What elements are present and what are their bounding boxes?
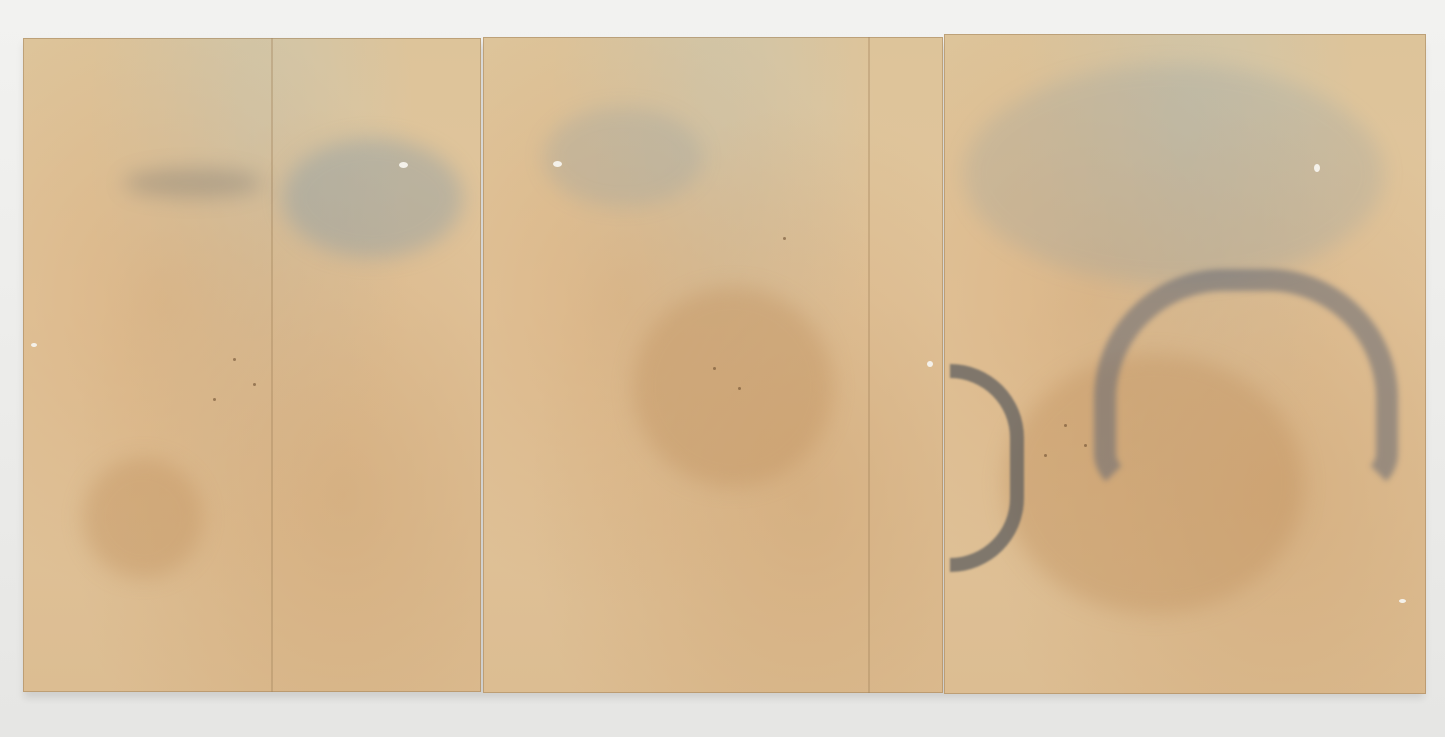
foxing-speck [1064,424,1067,427]
gray-arc-bleedthrough [950,364,1024,572]
blue-stain [283,138,463,258]
punch-hole [399,162,408,168]
brown-stain [83,458,203,578]
blue-stain [543,107,703,207]
foxing-speck [1044,454,1047,457]
right-panel [944,34,1426,694]
left-panel [23,38,481,692]
center-panel [483,37,943,693]
foxing-speck [233,358,236,361]
blue-stain [964,64,1384,284]
foxing-speck [738,387,741,390]
foxing-speck [713,367,716,370]
foxing-speck [213,398,216,401]
fold-line [868,37,870,693]
gray-coil-bleedthrough [1094,269,1398,493]
punch-hole [927,361,933,367]
fold-line [271,38,273,692]
brown-stain [633,287,833,487]
gray-stain [123,168,263,198]
punch-hole [1399,599,1406,603]
punch-hole [553,161,562,167]
punch-hole [1314,164,1320,172]
foxing-speck [783,237,786,240]
foxing-speck [253,383,256,386]
punch-hole [31,343,37,347]
foxing-speck [1084,444,1087,447]
